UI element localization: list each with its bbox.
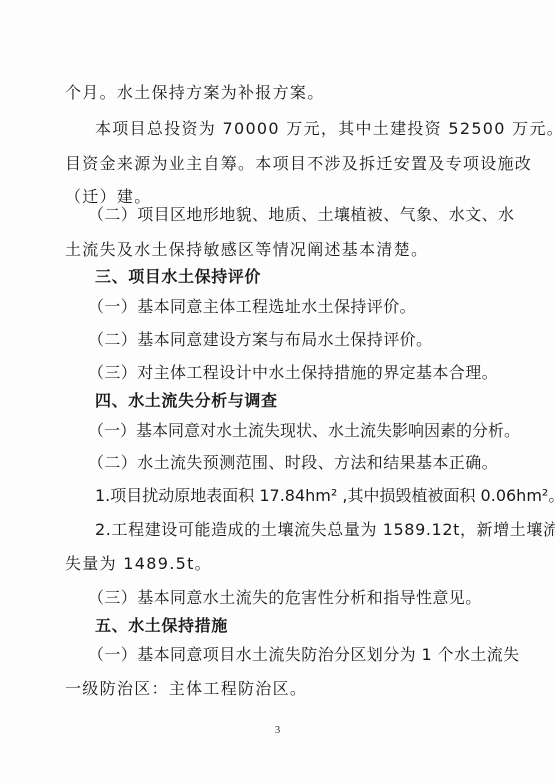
section-heading: 五、水土保持措施 xyxy=(95,616,521,636)
section-heading: 四、水土流失分析与调查 xyxy=(95,391,521,411)
text-line: 本项目总投资为 70000 万元，其中土建投资 52500 万元。项 xyxy=(95,119,521,139)
text-line: 失量为 1489.5t。 xyxy=(65,554,491,574)
text-line: （一）基本同意项目水土流失防治分区划分为 1 个水土流失 xyxy=(88,645,514,665)
text-line: 目资金来源为业主自筹。本项目不涉及拆迁安置及专项设施改 xyxy=(65,154,491,174)
text-line: （三）基本同意水土流失的危害性分析和指导性意见。 xyxy=(88,588,514,608)
text-line: （二）基本同意建设方案与布局水土保持评价。 xyxy=(88,330,514,350)
page-number: 3 xyxy=(0,724,555,736)
text-line: （一）基本同意主体工程选址水土保持评价。 xyxy=(88,297,514,317)
section-heading: 三、项目水土保持评价 xyxy=(95,267,521,287)
text-line: 1.项目扰动原地表面积 17.84hm² ,其中损毁植被面积 0.06hm²。 xyxy=(95,486,521,506)
text-line: （迁）建。 xyxy=(65,187,491,207)
text-line: 土流失及水土保持敏感区等情况阐述基本清楚。 xyxy=(65,240,491,260)
text-line: （一）基本同意对水土流失现状、水土流失影响因素的分析。 xyxy=(88,421,514,441)
text-line: 一级防治区：主体工程防治区。 xyxy=(65,679,491,699)
text-line: （三）对主体工程设计中水土保持措施的界定基本合理。 xyxy=(88,363,514,383)
text-line: 个月。水土保持方案为补报方案。 xyxy=(65,83,491,103)
document-page: 个月。水土保持方案为补报方案。 本项目总投资为 70000 万元，其中土建投资 … xyxy=(0,0,555,784)
text-line: 2.工程建设可能造成的土壤流失总量为 1589.12t，新增土壤流 xyxy=(95,520,521,540)
text-line: （二）水土流失预测范围、时段、方法和结果基本正确。 xyxy=(88,453,514,473)
text-line: （二）项目区地形地貌、地质、土壤植被、气象、水文、水 xyxy=(88,205,514,225)
